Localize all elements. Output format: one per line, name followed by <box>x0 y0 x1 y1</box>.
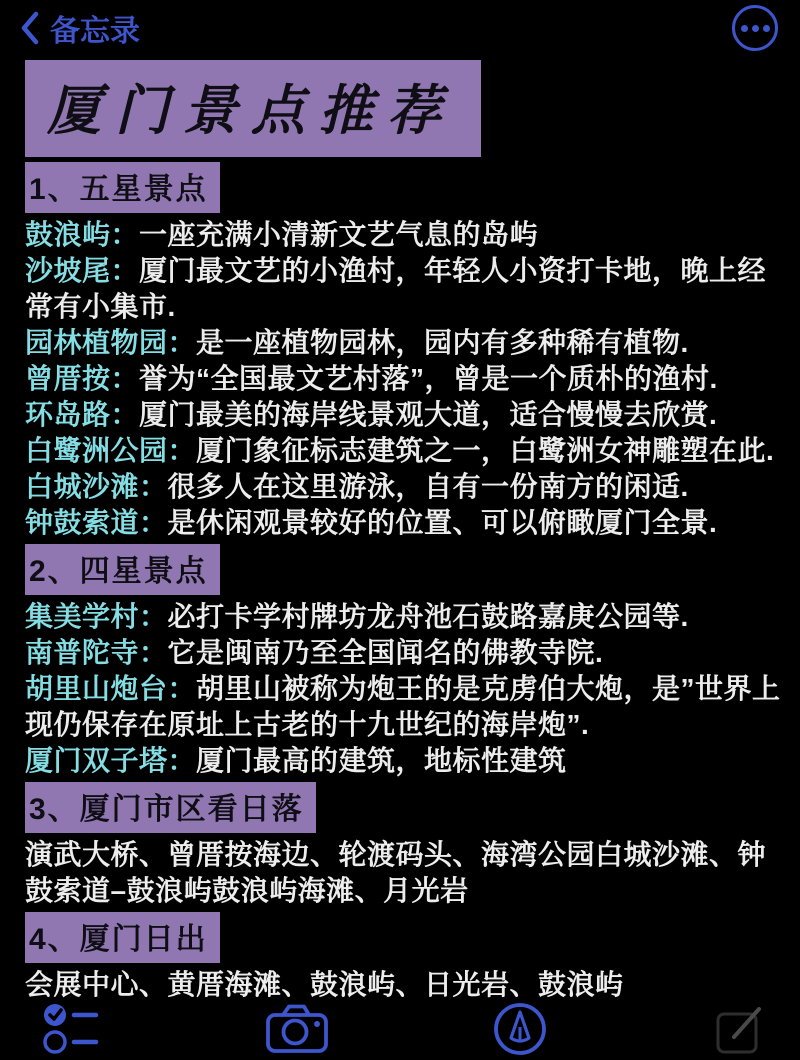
attraction-entry: 南普陀寺：它是闽南乃至全国闻名的佛教寺院. <box>25 635 794 671</box>
attraction-entry: 沙坡尾：厦门最文艺的小渔村，年轻人小资打卡地，晚上经常有小集市. <box>25 253 794 325</box>
nav-bar: 备忘录 <box>0 0 800 56</box>
back-button-label: 备忘录 <box>50 6 140 50</box>
attraction-entry: 厦门双子塔：厦门最高的建筑，地标性建筑 <box>25 743 794 779</box>
attraction-name: 环岛路： <box>25 399 139 430</box>
note-content: 厦门景点推荐 1、五星景点 鼓浪屿：一座充满小清新文艺气息的岛屿 沙坡尾：厦门最… <box>0 56 800 1003</box>
section-header-five-star: 1、五星景点 <box>25 162 220 213</box>
attraction-name: 鼓浪屿： <box>25 219 139 250</box>
attraction-desc: 厦门最美的海岸线景观大道，适合慢慢去欣赏. <box>139 399 717 430</box>
note-title: 厦门景点推荐 <box>25 60 481 157</box>
attraction-entry: 白城沙滩：很多人在这里游泳，自有一份南方的闲适. <box>25 469 794 505</box>
attraction-name: 胡里山炮台： <box>25 673 196 704</box>
attraction-desc: 是一座植物园林，园内有多种稀有植物. <box>196 327 689 358</box>
compose-button[interactable] <box>712 1001 770 1057</box>
attraction-desc: 誉为“全国最文艺村落”，曾是一个质朴的渔村. <box>139 363 718 394</box>
camera-icon <box>264 1001 330 1057</box>
checklist-button[interactable] <box>40 1001 102 1057</box>
attraction-entry: 园林植物园：是一座植物园林，园内有多种稀有植物. <box>25 325 794 361</box>
attraction-name: 白鹭洲公园： <box>25 435 196 466</box>
markup-pen-icon <box>492 1001 548 1057</box>
attraction-entry: 环岛路：厦门最美的海岸线景观大道，适合慢慢去欣赏. <box>25 397 794 433</box>
attraction-entry: 鼓浪屿：一座充满小清新文艺气息的岛屿 <box>25 217 794 253</box>
attraction-desc: 必打卡学村牌坊龙舟池石鼓路嘉庚公园等. <box>168 601 689 632</box>
attraction-entry: 钟鼓索道：是休闲观景较好的位置、可以俯瞰厦门全景. <box>25 505 794 541</box>
attraction-desc: 是休闲观景较好的位置、可以俯瞰厦门全景. <box>168 507 718 538</box>
attraction-name: 园林植物园： <box>25 327 196 358</box>
back-button[interactable]: 备忘录 <box>20 6 140 50</box>
attraction-desc: 很多人在这里游泳，自有一份南方的闲适. <box>168 471 689 502</box>
section-header-sunrise: 4、厦门日出 <box>25 912 220 963</box>
more-options-button[interactable] <box>732 5 778 51</box>
sunset-spots-text: 演武大桥、曾厝按海边、轮渡码头、海湾公园白城沙滩、钟鼓索道–鼓浪屿鼓浪屿海滩、月… <box>25 837 794 909</box>
attraction-name: 曾厝按： <box>25 363 139 394</box>
bottom-toolbar <box>0 998 800 1060</box>
attraction-name: 南普陀寺： <box>25 637 168 668</box>
ellipsis-icon <box>741 25 748 32</box>
attraction-entry: 白鹭洲公园：厦门象征标志建筑之一，白鹭洲女神雕塑在此. <box>25 433 794 469</box>
camera-button[interactable] <box>264 1001 330 1057</box>
attraction-name: 厦门双子塔： <box>25 745 196 776</box>
attraction-entry: 曾厝按：誉为“全国最文艺村落”，曾是一个质朴的渔村. <box>25 361 794 397</box>
section-header-sunset: 3、厦门市区看日落 <box>25 782 316 833</box>
attraction-entry: 集美学村：必打卡学村牌坊龙舟池石鼓路嘉庚公园等. <box>25 599 794 635</box>
attraction-name: 白城沙滩： <box>25 471 168 502</box>
attraction-desc: 它是闽南乃至全国闻名的佛教寺院. <box>168 637 604 668</box>
attraction-name: 钟鼓索道： <box>25 507 168 538</box>
chevron-left-icon <box>20 10 40 46</box>
attraction-entry: 胡里山炮台：胡里山被称为炮王的是克虏伯大炮，是”世界上现仍保存在原址上古老的十九… <box>25 671 794 743</box>
attraction-name: 沙坡尾： <box>25 255 139 286</box>
compose-icon <box>712 1001 770 1057</box>
attraction-desc: 厦门象征标志建筑之一，白鹭洲女神雕塑在此. <box>196 435 774 466</box>
markup-button[interactable] <box>492 1001 548 1057</box>
section-header-four-star: 2、四星景点 <box>25 544 220 595</box>
attraction-desc: 一座充满小清新文艺气息的岛屿 <box>139 219 538 250</box>
attraction-name: 集美学村： <box>25 601 168 632</box>
attraction-desc: 厦门最高的建筑，地标性建筑 <box>196 745 567 776</box>
checklist-icon <box>40 1001 102 1057</box>
